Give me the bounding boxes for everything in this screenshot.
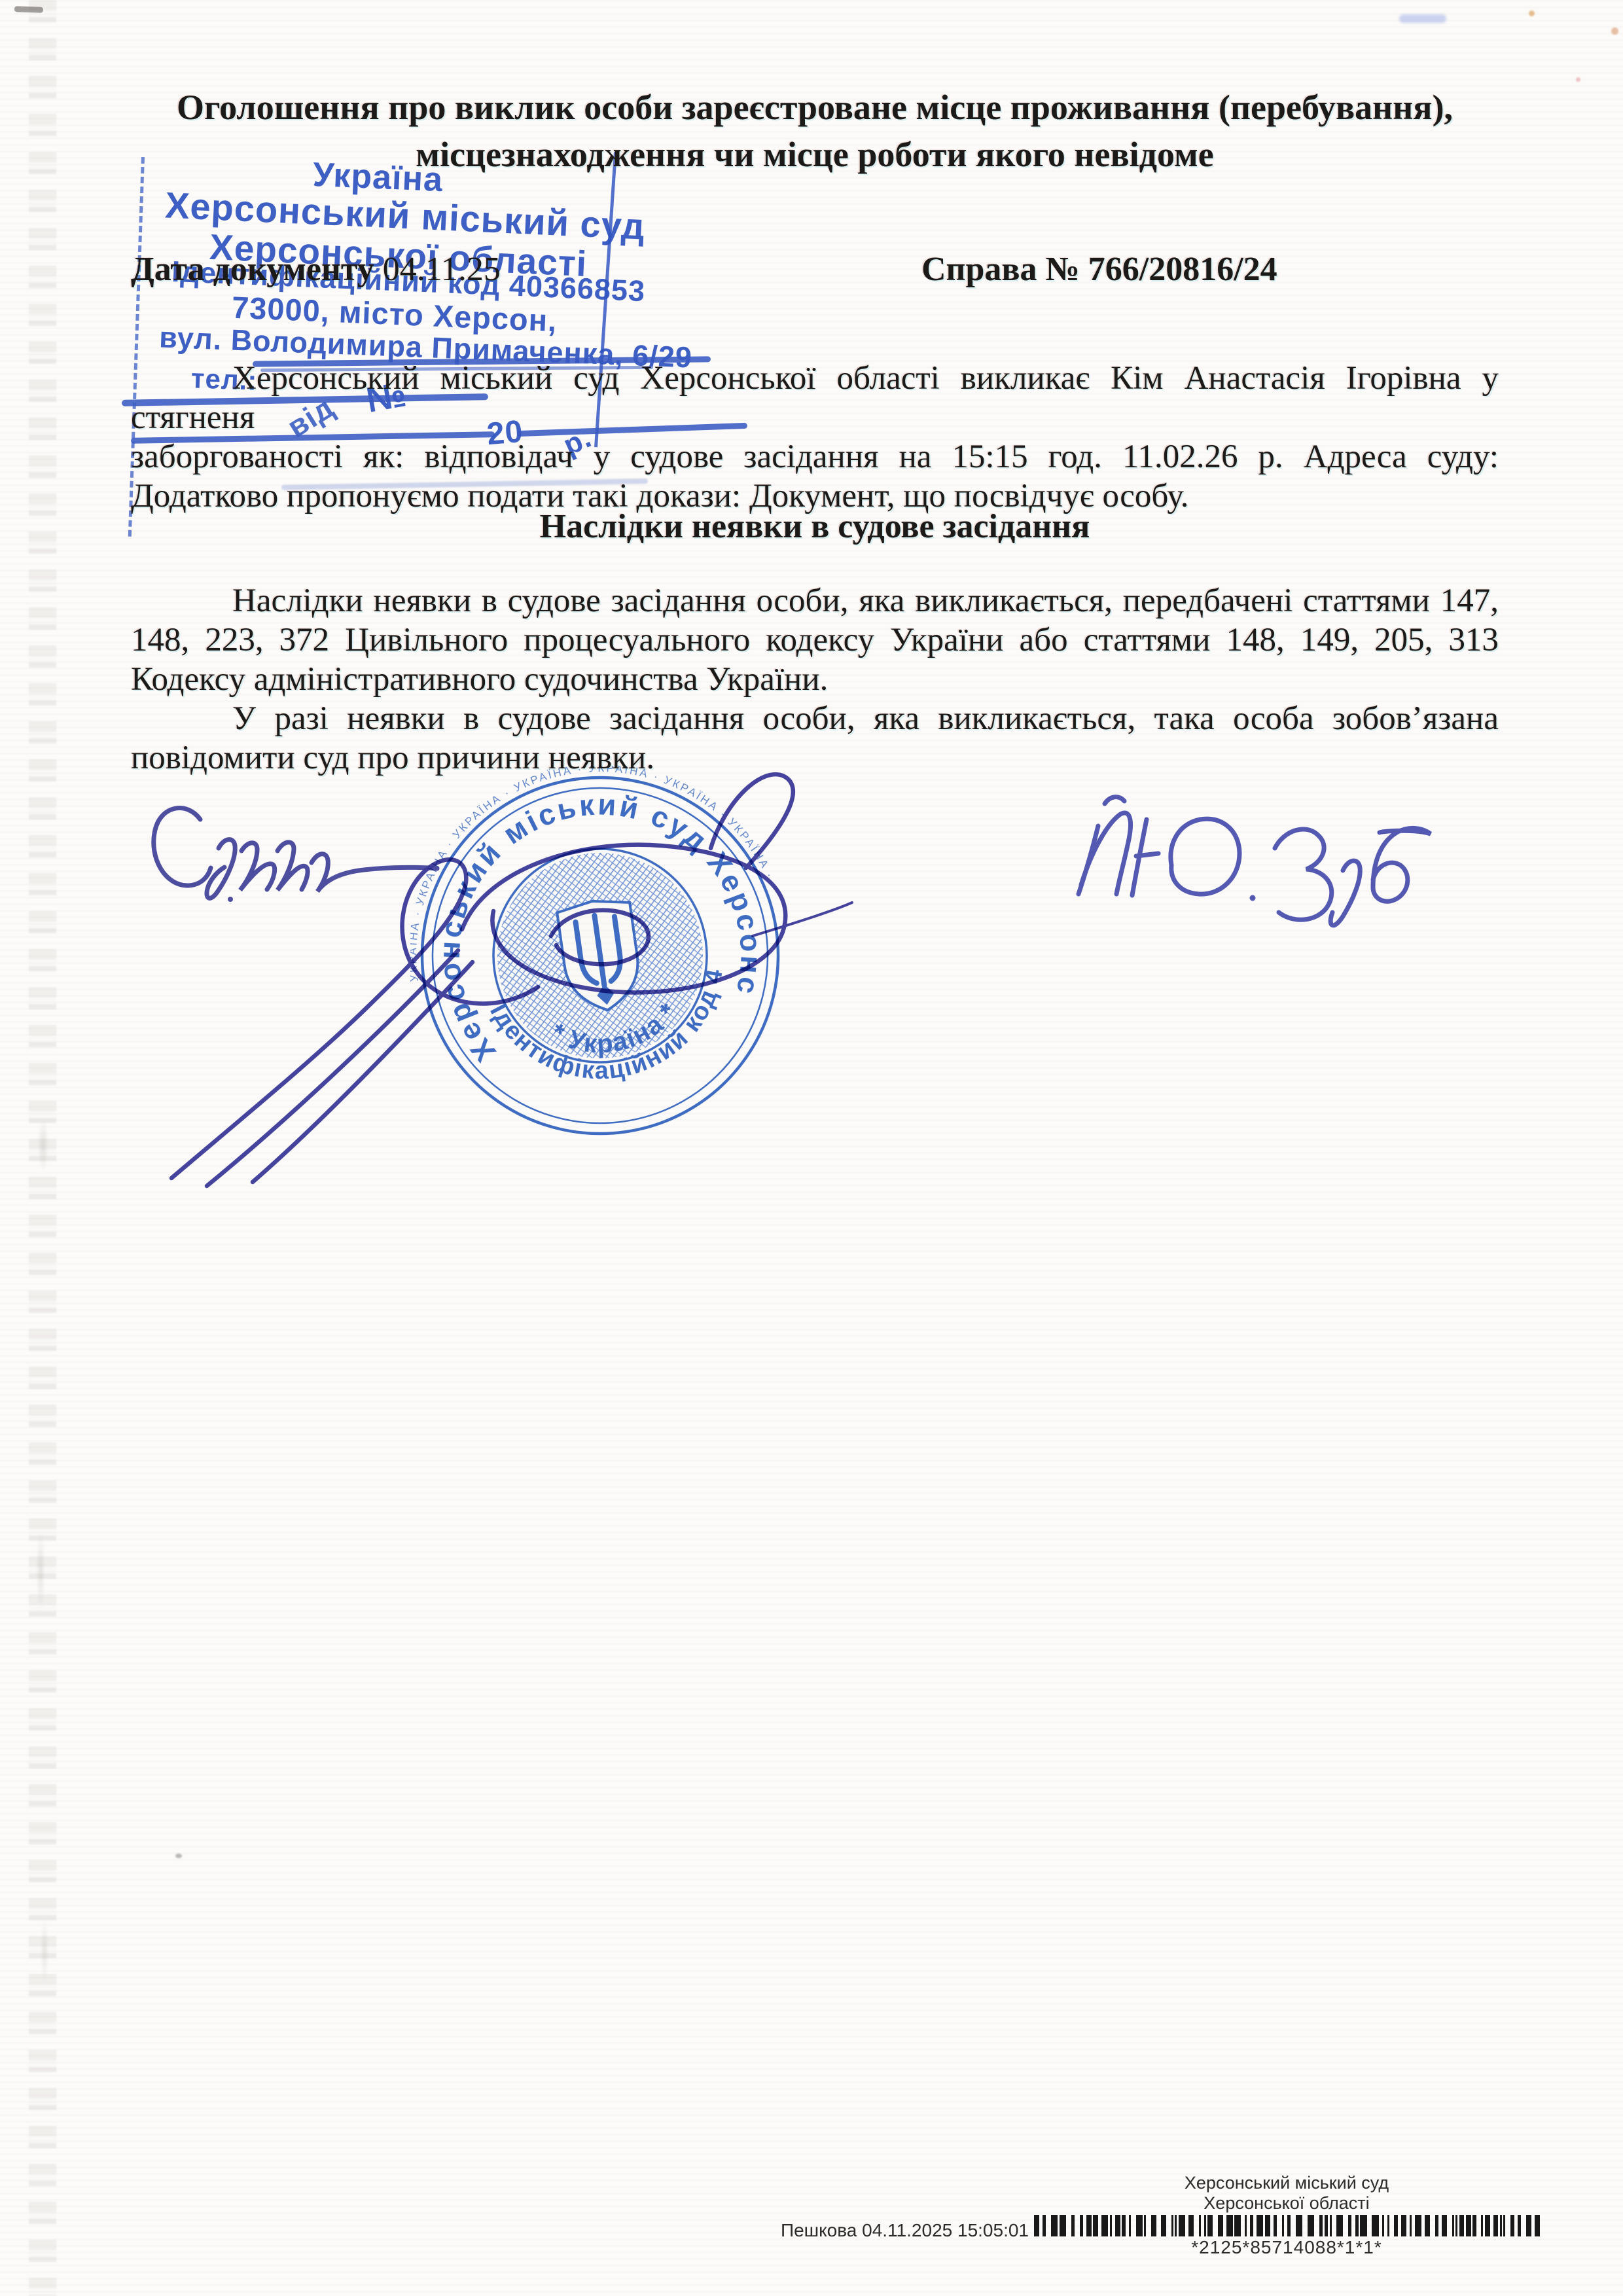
barcode-bar (1493, 2215, 1499, 2236)
barcode-bar (1265, 2215, 1270, 2236)
barcode-bar (1518, 2215, 1521, 2236)
barcode-bar (1296, 2215, 1302, 2236)
barcode-bar (1115, 2215, 1120, 2236)
barcode-bar (1319, 2215, 1323, 2236)
barcode-bar (1034, 2215, 1039, 2236)
barcode-bar (1308, 2215, 1314, 2236)
section-heading: Наслідки неявки в судове засідання (131, 507, 1499, 546)
barcode-bar (1348, 2215, 1351, 2236)
barcode-bar (1086, 2215, 1092, 2236)
barcode-bar (1355, 2215, 1359, 2236)
barcode-bar (1415, 2215, 1421, 2236)
case-number: Справа № 766/20816/24 (921, 250, 1277, 289)
barcode-bar (1526, 2215, 1531, 2236)
barcode-bar (1466, 2215, 1471, 2236)
document-title-line2: місцезнаходження чи місце роботи якого н… (131, 131, 1499, 178)
footer-court-line1: Херсонський міський суд (1123, 2173, 1450, 2193)
barcode (1034, 2215, 1541, 2236)
document-title-line1: Оголошення про виклик особи зареєстрован… (131, 84, 1499, 131)
barcode-bar (1387, 2215, 1389, 2236)
seal-graphic: УКРАЇНА · УКРАЇНА · УКРАЇНА · УКРАЇНА · … (410, 766, 790, 1145)
barcode-bar (1071, 2215, 1075, 2236)
barcode-bar (1410, 2215, 1412, 2236)
footer-court-name: Херсонський міський суд Херсонської обла… (1123, 2173, 1450, 2214)
barcode-bar (1481, 2215, 1483, 2236)
barcode-bar (1257, 2215, 1263, 2236)
barcode-bar (1188, 2215, 1194, 2236)
consequences-paragraph: Наслідки неявки в судове засідання особи… (131, 581, 1499, 778)
barcode-bar (1199, 2215, 1201, 2236)
barcode-bar (1472, 2215, 1476, 2236)
footer-court-line2: Херсонської області (1123, 2193, 1450, 2214)
barcode-bar (1435, 2215, 1438, 2236)
barcode-bar (1204, 2215, 1206, 2236)
barcode-bar (1161, 2215, 1166, 2236)
barcode-bar (1336, 2215, 1343, 2236)
barcode-bar (1226, 2215, 1233, 2236)
barcode-bar (1080, 2215, 1083, 2236)
barcode-bar (1455, 2215, 1457, 2236)
barcode-bar (1459, 2215, 1465, 2236)
document-date-value: 04.11.25 (383, 251, 501, 288)
barcode-bar (1171, 2215, 1173, 2236)
body-line: Наслідки неявки в судове засідання особи… (131, 581, 1499, 620)
barcode-bar (1287, 2215, 1291, 2236)
body-line: Кодексу адміністративного судочинства Ук… (131, 660, 1499, 699)
body-line: Херсонський міський суд Херсонської обла… (131, 359, 1499, 437)
barcode-bar (1175, 2215, 1177, 2236)
barcode-bar (1144, 2215, 1146, 2236)
barcode-bar (1151, 2215, 1156, 2236)
barcode-bar (1122, 2215, 1125, 2236)
barcode-bar (1401, 2215, 1406, 2236)
barcode-bar (1207, 2215, 1213, 2236)
round-court-seal: УКРАЇНА · УКРАЇНА · УКРАЇНА · УКРАЇНА · … (410, 766, 790, 1145)
barcode-bar (1282, 2215, 1284, 2236)
barcode-bar (1535, 2215, 1541, 2236)
body-line: заборгованості як: відповідач у судове з… (131, 437, 1499, 476)
barcode-bar (1218, 2215, 1223, 2236)
barcode-bar (1372, 2215, 1378, 2236)
barcode-bar (1250, 2215, 1253, 2236)
document-date: Дата документу 04.11.25 (131, 250, 501, 289)
barcode-bar (1234, 2215, 1241, 2236)
barcode-bar (1360, 2215, 1366, 2236)
summons-paragraph: Херсонський міський суд Херсонської обла… (131, 359, 1499, 516)
barcode-bar (1043, 2215, 1046, 2236)
barcode-bar (1510, 2215, 1514, 2236)
barcode-bar (1093, 2215, 1098, 2236)
barcode-bar (1500, 2215, 1502, 2236)
barcode-bar (1136, 2215, 1143, 2236)
barcode-value: *2125*85714088*1*1* (1123, 2237, 1450, 2258)
document-title: Оголошення про виклик особи зареєстрован… (131, 84, 1499, 178)
scanned-court-document: Оголошення про виклик особи зареєстрован… (0, 0, 1623, 2296)
barcode-bar (1179, 2215, 1185, 2236)
barcode-bar (1129, 2215, 1131, 2236)
barcode-bar (1452, 2215, 1454, 2236)
barcode-bar (1051, 2215, 1058, 2236)
court-header-stamp: Україна Херсонський міський суд Херсонсь… (0, 0, 1623, 2296)
barcode-bar (1485, 2215, 1490, 2236)
barcode-bar (1442, 2215, 1447, 2236)
document-date-label: Дата документу (131, 251, 374, 288)
barcode-bar (1394, 2215, 1397, 2236)
barcode-bar (1382, 2215, 1384, 2236)
barcode-bar (1060, 2215, 1066, 2236)
barcode-bar (1245, 2215, 1247, 2236)
barcode-bar (1503, 2215, 1505, 2236)
barcode-bar (1325, 2215, 1328, 2236)
body-line: 148, 223, 372 Цивільного процесуального … (131, 620, 1499, 660)
barcode-bar (1330, 2215, 1332, 2236)
barcode-bar (1274, 2215, 1277, 2236)
body-line: повідомити суд про причини неявки. (131, 738, 1499, 778)
barcode-bar (1110, 2215, 1112, 2236)
barcode-bar (1101, 2215, 1108, 2236)
footer-operator-timestamp: Пешкова 04.11.2025 15:05:01 (720, 2220, 1029, 2241)
body-line: У разі неявки в судове засідання особи, … (131, 699, 1499, 738)
barcode-bar (1425, 2215, 1430, 2236)
